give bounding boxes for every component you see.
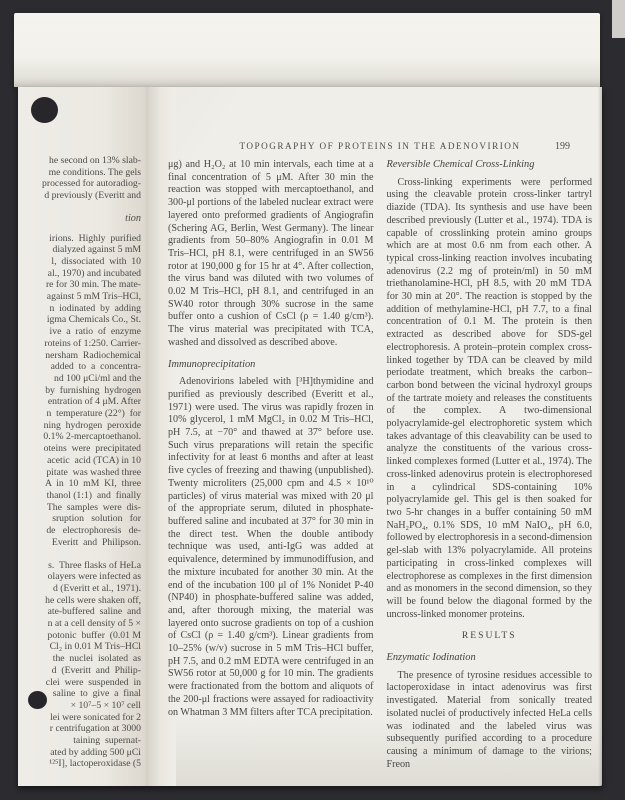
facing-page-fragment-b: irions. Highly purified dialyzed against… — [18, 233, 141, 549]
page-header: TOPOGRAPHY OF PROTEINS IN THE ADENOVIRIO… — [168, 141, 592, 155]
facing-page-cutoff-text: he second on 13% slab- me conditions. Th… — [18, 155, 141, 770]
section-heading-immunoprecipitation: Immunoprecipitation — [168, 359, 374, 372]
scanned-book-photo: he second on 13% slab- me conditions. Th… — [0, 0, 625, 800]
running-head: TOPOGRAPHY OF PROTEINS IN THE ADENOVIRIO… — [168, 141, 592, 151]
facing-page-fragment-a: he second on 13% slab- me conditions. Th… — [18, 155, 141, 202]
section-heading-enzymatic-iodination: Enzymatic Iodination — [387, 652, 593, 665]
right-column: Reversible Chemical Cross-Linking Cross-… — [387, 159, 593, 786]
section-heading-crosslinking: Reversible Chemical Cross-Linking — [387, 159, 593, 172]
text-columns: μg) and H₂O₂ at 10 min intervals, each t… — [168, 159, 592, 786]
results-heading: RESULTS — [387, 630, 593, 643]
background-corner-object — [612, 0, 625, 38]
left-column: μg) and H₂O₂ at 10 min intervals, each t… — [168, 159, 374, 786]
book-page-spread: he second on 13% slab- me conditions. Th… — [18, 87, 602, 786]
loose-sheet-edge — [14, 13, 600, 87]
facing-page-strip: he second on 13% slab- me conditions. Th… — [18, 87, 148, 786]
paragraph-immunoprecipitation: Adenovirions labeled with [³H]thymidine … — [168, 376, 374, 719]
main-page: TOPOGRAPHY OF PROTEINS IN THE ADENOVIRIO… — [150, 87, 600, 786]
hole-punch-top — [31, 97, 58, 123]
paragraph-crosslinking: Cross-linking experiments were performed… — [387, 177, 593, 622]
page-number: 199 — [555, 141, 570, 152]
paragraph-enzymatic-iodination: The presence of tyrosine residues access… — [387, 670, 593, 772]
paragraph-gradients: μg) and H₂O₂ at 10 min intervals, each t… — [168, 159, 374, 350]
facing-page-fragment-c: s. Three flasks of HeLa olayers were inf… — [18, 560, 141, 771]
facing-page-heading-fragment: tion — [18, 213, 141, 225]
